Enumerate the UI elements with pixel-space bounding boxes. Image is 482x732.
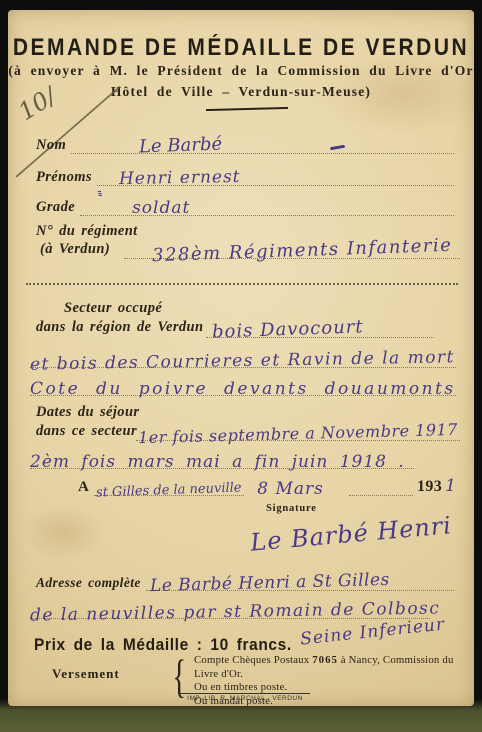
nom-value: Le Barbé	[139, 134, 223, 158]
grade-value: soldat	[132, 198, 190, 218]
secteur-label-line1: Secteur occupé	[64, 300, 162, 317]
prenoms-line: Henri ernest	[97, 161, 454, 186]
dates-label-line2: dans ce secteur	[36, 423, 137, 440]
nom-line: Le Barbé	[71, 129, 454, 154]
field-row-nom: Nom Le Barbé	[36, 129, 454, 154]
prix-medaille: Prix de la Médaille : 10 francs.	[34, 637, 292, 656]
field-row-adresse: Adresse complète Le Barbé Henri a St Gil…	[36, 566, 454, 591]
prenoms-label: Prénoms	[36, 169, 92, 186]
grade-line: soldat	[80, 191, 454, 216]
lieu-place-line: st Gilles de la neuville	[94, 471, 244, 496]
field-row-prenoms: Prénoms Henri ernest	[36, 161, 454, 186]
regiment-label-line2: (à Verdun)	[40, 241, 110, 258]
section-divider	[26, 283, 458, 285]
field-row-grade: Grade soldat	[36, 191, 454, 216]
adresse-line2: de la neuvilles par st Romain de Colbosc	[30, 594, 430, 619]
regiment-line: 328èm Régiments Infanterie	[124, 234, 460, 259]
adresse-label: Adresse complète	[36, 575, 141, 591]
form-title: DEMANDE DE MÉDAILLE DE VERDUN	[8, 34, 474, 62]
versement-option-1: Compte Chèques Postaux 7065 à Nancy, Com…	[194, 654, 460, 681]
form-paper: DEMANDE DE MÉDAILLE DE VERDUN (à envoyer…	[8, 10, 474, 706]
secteur-line3: Cote du poivre devants douaumonts	[30, 371, 456, 396]
signature-value: Le Barbé Henri	[249, 511, 453, 557]
regiment-value: 328èm Régiments Infanterie	[152, 235, 453, 266]
nom-label: Nom	[36, 137, 66, 154]
secteur-line2: et bois des Courrieres et Ravin de la mo…	[30, 343, 456, 368]
secteur-line1: bois Davocourt	[206, 313, 434, 338]
adresse-value-line1: Le Barbé Henri a St Gilles	[150, 570, 390, 596]
regiment-label-line1: N° du régiment	[36, 223, 138, 240]
lieu-year-digit: 1	[445, 476, 456, 496]
dates-label-line1: Dates du séjour	[36, 404, 139, 421]
lieu-printed-a: A	[78, 479, 89, 496]
adresse-line1: Le Barbé Henri a St Gilles	[146, 566, 454, 591]
lieu-filler-line	[349, 471, 413, 496]
form-subtitle-line2: Hôtel de Ville – Verdun-sur-Meuse)	[8, 84, 474, 100]
secteur-label-line2: dans la région de Verdun	[36, 319, 203, 336]
secteur-value-line3: Cote du poivre devants douaumonts	[30, 379, 456, 399]
lieu-date-slot: 8 Mars	[249, 472, 344, 496]
versement-label: Versement	[52, 666, 120, 682]
dates-value-line2: 2èm fois mars mai a fin juin 1918 .	[30, 452, 405, 472]
lieu-printed-year: 193	[417, 478, 442, 496]
lieu-date-value: 8 Mars	[257, 479, 324, 499]
field-row-lieu-date: A st Gilles de la neuville 8 Mars 193 1	[78, 471, 456, 496]
signature-label: Signature	[266, 503, 317, 514]
versement-option-1-pre: Compte Chèques Postaux	[194, 654, 312, 666]
dates-line1: 1er fois septembre a Novembre 1917	[136, 416, 460, 441]
versement-account-number: 7065	[312, 654, 338, 666]
prenoms-value: Henri ernest	[119, 167, 241, 189]
printer-imprint: IMP.-LIB. R. MARCHAL - VERDUN	[180, 693, 310, 702]
form-subtitle-line1: (à envoyer à M. le Président de la Commi…	[8, 63, 474, 79]
scanned-photo-frame: DEMANDE DE MÉDAILLE DE VERDUN (à envoyer…	[0, 0, 482, 732]
secteur-value-line1: bois Davocourt	[212, 316, 364, 342]
grade-label: Grade	[36, 199, 75, 216]
dates-line2: 2èm fois mars mai a fin juin 1918 .	[30, 444, 414, 469]
decorative-dash	[206, 107, 288, 111]
lieu-place-value: st Gilles de la neuville	[96, 480, 242, 500]
